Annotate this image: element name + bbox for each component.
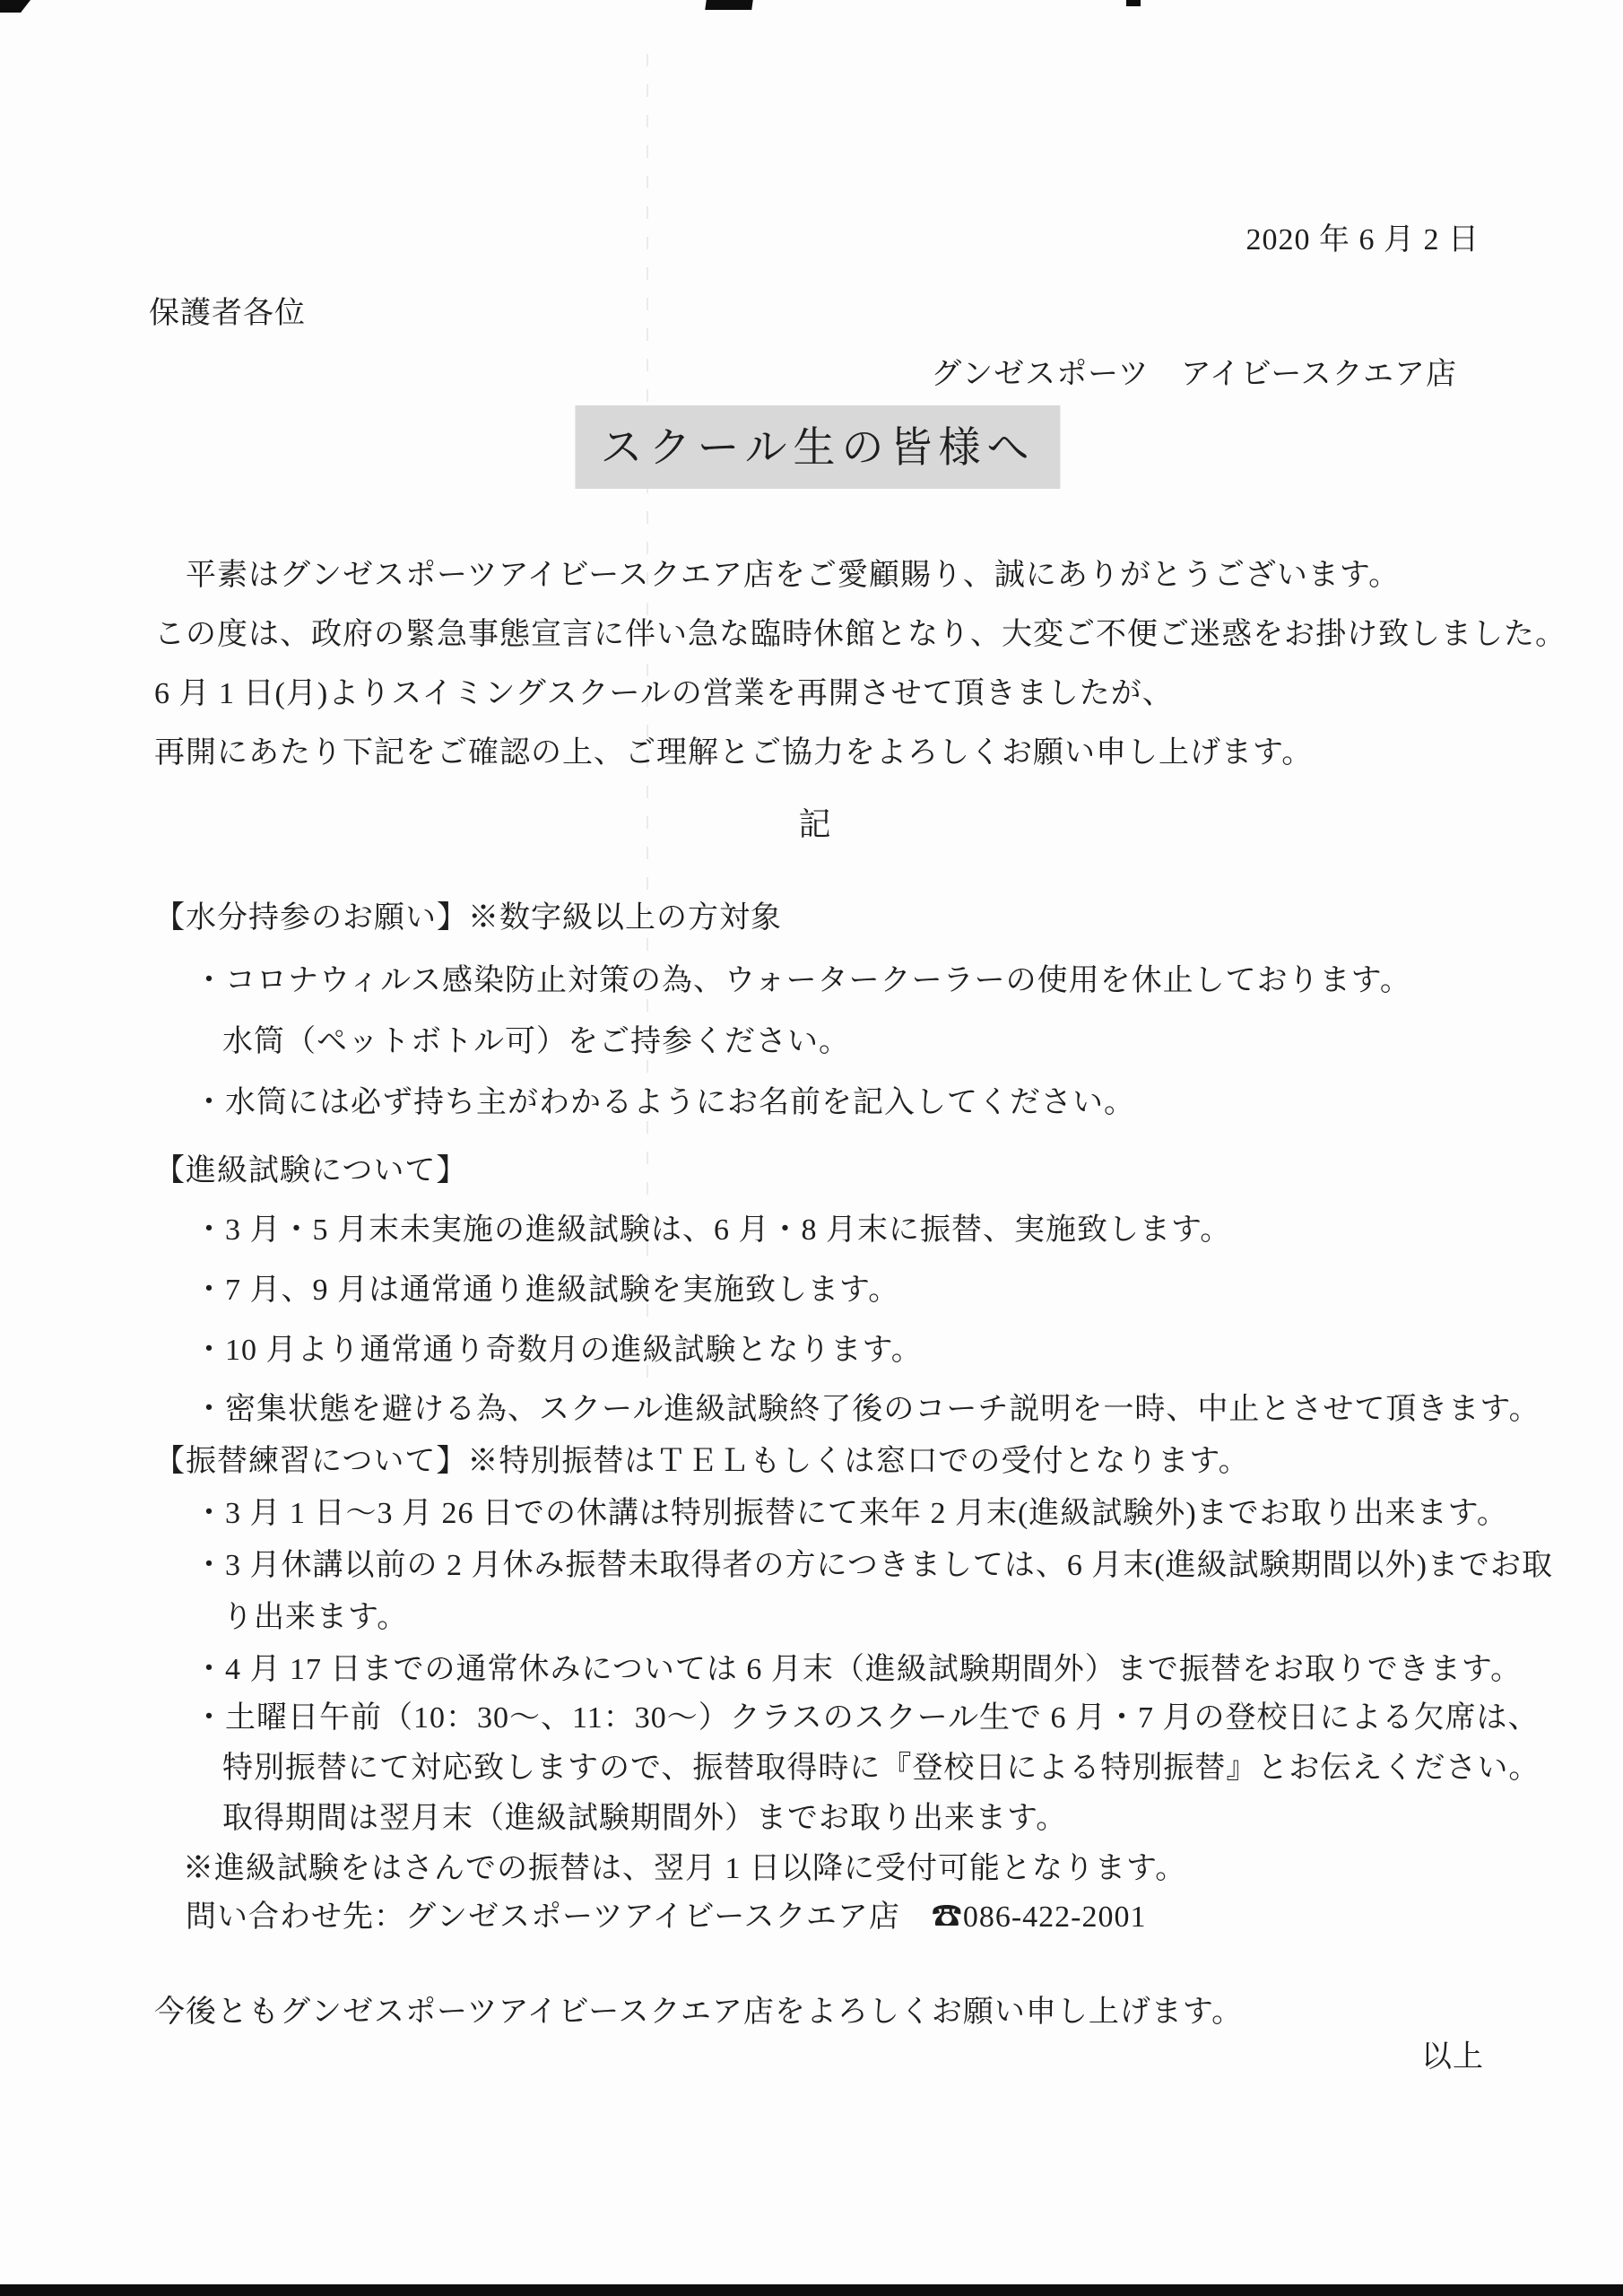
sender-name: グンゼスポーツ アイビースクエア店 xyxy=(931,355,1457,395)
note-line: ※進級試験をはさんでの振替は、翌月 1 日以降に受付可能となります。 xyxy=(183,1849,1186,1889)
document-line: 取得期間は翌月末（進級試験期間外）までお取り出来ます。 xyxy=(222,1799,1067,1839)
contact-line: 問い合わせ先：グンゼスポーツアイビースクエア店 ☎086-422-2001 xyxy=(186,1898,1147,1937)
scan-fold-line xyxy=(647,54,648,1399)
document-line: り出来ます。 xyxy=(222,1598,408,1638)
intro-line: この度は、政府の緊急事態宣言に伴い急な臨時休館となり、大変ご不便ご迷惑をお掛け致… xyxy=(154,615,1567,655)
scan-artifact-top-right xyxy=(1126,0,1141,6)
scan-artifact-bottom-bar xyxy=(0,2284,1623,2296)
document-line: ・水筒には必ず持ち主がわかるようにお名前を記入してください。 xyxy=(194,1083,1135,1123)
section-heading: 【水分持参のお願い】※数字級以上の方対象 xyxy=(154,899,782,938)
intro-line: 再開にあたり下記をご確認の上、ご理解とご協力をよろしくお願い申し上げます。 xyxy=(154,734,1313,773)
scan-artifact-top-middle xyxy=(705,0,753,10)
document-line: ・10 月より通常通り奇数月の進級試験となります。 xyxy=(194,1331,923,1370)
document-line: ・3 月 1 日～3 月 26 日での休講は特別振替にて来年 2 月末(進級試験… xyxy=(194,1494,1508,1534)
intro-line: 平素はグンゼスポーツアイビースクエア店をご愛顧賜り、誠にありがとうございます。 xyxy=(154,556,1400,596)
document-line: 水筒（ペットボトル可）をご持参ください。 xyxy=(222,1022,850,1062)
document-line: ・3 月・5 月末未実施の進級試験は、6 月・8 月末に振替、実施致します。 xyxy=(194,1211,1231,1250)
document-line: ・密集状態を避ける為、スクール進級試験終了後のコーチ説明を一時、中止とさせて頂き… xyxy=(194,1390,1541,1430)
document-line: ・7 月、9 月は通常通り進級試験を実施致します。 xyxy=(194,1271,899,1310)
document-line: ・コロナウィルス感染防止対策の為、ウォータークーラーの使用を休止しております。 xyxy=(194,961,1411,1001)
document-line: ・3 月休講以前の 2 月休み振替未取得者の方につきましては、6 月末(進級試験… xyxy=(194,1546,1553,1586)
document-line: ・4 月 17 日までの通常休みについては 6 月末（進級試験期間外）まで振替を… xyxy=(194,1650,1522,1690)
recipient: 保護者各位 xyxy=(149,294,306,334)
contact-label: 問い合わせ先：グンゼスポーツアイビースクエア店 xyxy=(186,1900,932,1934)
intro-line: 6 月 1 日(月)よりスイミングスクールの営業を再開させて頂きましたが、 xyxy=(154,674,1174,714)
letter-date: 2020 年 6 月 2 日 xyxy=(1246,221,1480,260)
phone-icon: ☎ xyxy=(932,1900,963,1934)
closing-line: 今後ともグンゼスポーツアイビースクエア店をよろしくお願い申し上げます。 xyxy=(154,1993,1243,2032)
document-title: スクール生の皆様へ xyxy=(575,405,1060,489)
record-marker: 記 xyxy=(798,804,831,846)
document-line: 特別振替にて対応致しますので、振替取得時に『登校日による特別振替』とお伝えくださ… xyxy=(222,1749,1540,1788)
section-heading: 【振替練習について】※特別振替はＴＥＬもしくは窓口での受付となります。 xyxy=(154,1442,1250,1482)
scan-artifact-top-left xyxy=(0,0,30,13)
document-line: ・土曜日午前（10：30～、11：30～）クラスのスクール生で 6 月・7 月の… xyxy=(194,1699,1540,1738)
scanned-letter-page: 2020 年 6 月 2 日 保護者各位 グンゼスポーツ アイビースクエア店 ス… xyxy=(0,0,1623,2296)
end-marker: 以上 xyxy=(1421,2038,1484,2077)
section-heading: 【進級試験について】 xyxy=(154,1152,467,1191)
contact-phone-number: 086-422-2001 xyxy=(963,1900,1147,1934)
